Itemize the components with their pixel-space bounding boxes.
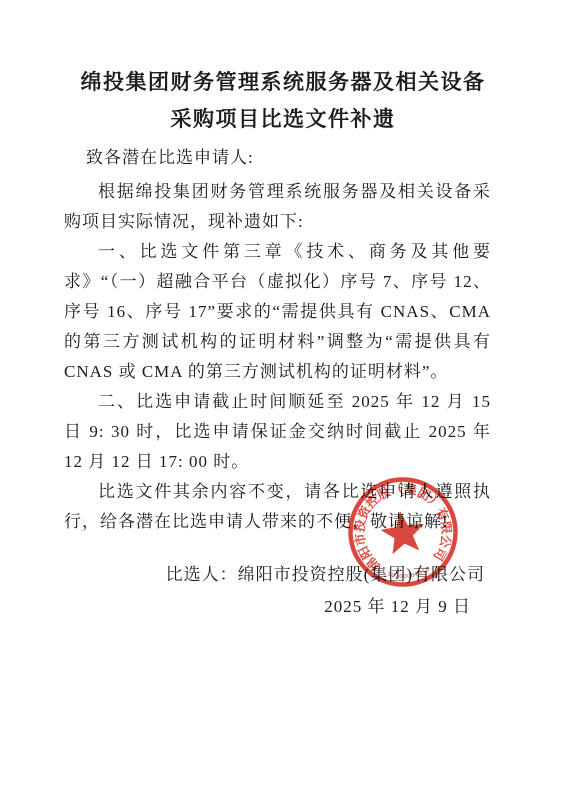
signoff-block: 比选人：绵阳市投资控股(集团)有限公司 2025 年 12 月 9 日 <box>64 559 491 623</box>
paragraph-3: 二、比选申请截止时间顺延至 2025 年 12 月 15 日 9: 30 时，比… <box>64 387 491 477</box>
document-body: 致各潜在比选申请人: 根据绵投集团财务管理系统服务器及相关设备采购项目实际情况，… <box>64 143 491 623</box>
signoff-date: 2025 年 12 月 9 日 <box>64 591 491 623</box>
signoff-party-label: 比选人： <box>166 565 238 584</box>
paragraph-4: 比选文件其余内容不变，请各比选申请人遵照执行，给各潜在比选申请人带来的不便，敬请… <box>64 477 491 537</box>
paragraph-1: 根据绵投集团财务管理系统服务器及相关设备采购项目实际情况，现补遗如下: <box>64 177 491 237</box>
document-title-line-2: 采购项目比选文件补遗 <box>0 101 566 138</box>
salutation: 致各潜在比选申请人: <box>64 143 491 173</box>
document-title-line-1: 绵投集团财务管理系统服务器及相关设备 <box>0 64 566 101</box>
signoff-party-name: 绵阳市投资控股(集团)有限公司 <box>238 565 485 584</box>
signoff-party: 比选人：绵阳市投资控股(集团)有限公司 <box>64 559 491 591</box>
document-title: 绵投集团财务管理系统服务器及相关设备 采购项目比选文件补遗 <box>0 64 566 138</box>
document-page: 绵投集团财务管理系统服务器及相关设备 采购项目比选文件补遗 致各潜在比选申请人:… <box>0 0 566 800</box>
paragraph-2: 一、比选文件第三章《技术、商务及其他要求》“（一）超融合平台（虚拟化）序号 7、… <box>64 237 491 387</box>
